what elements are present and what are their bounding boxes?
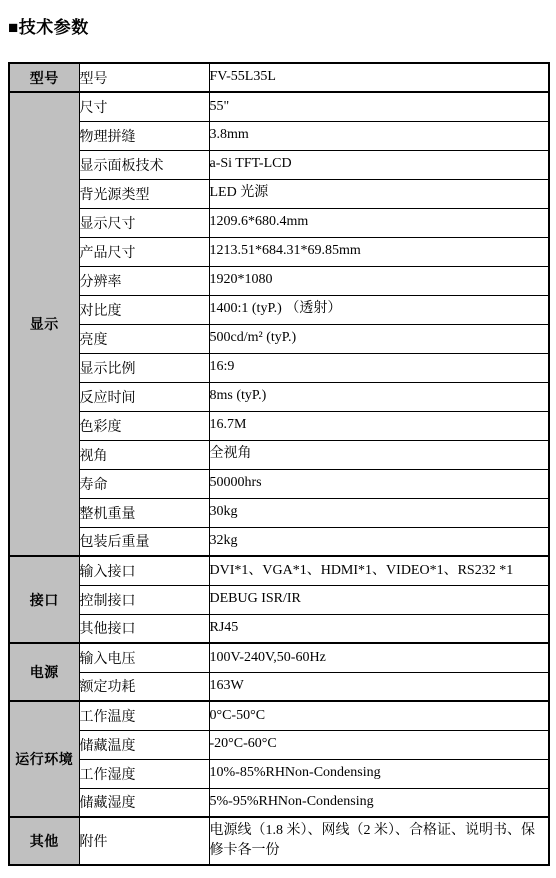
param-label: 显示尺寸 [79,208,209,237]
param-label: 输入接口 [79,556,209,585]
table-row: 分辨率1920*1080 [9,266,549,295]
param-value: RJ45 [209,614,549,643]
table-row: 运行环境工作温度0°C-50°C [9,701,549,730]
param-label: 分辨率 [79,266,209,295]
param-label: 工作湿度 [79,759,209,788]
table-row: 视角全视角 [9,440,549,469]
param-value: LED 光源 [209,179,549,208]
param-value: 1213.51*684.31*69.85mm [209,237,549,266]
table-row: 显示比例16:9 [9,353,549,382]
table-row: 寿命50000hrs [9,469,549,498]
param-value: 100V-240V,50-60Hz [209,643,549,672]
param-value: DVI*1、VGA*1、HDMI*1、VIDEO*1、RS232 *1 [209,556,549,585]
table-row: 其他接口RJ45 [9,614,549,643]
group-cell: 型号 [9,63,79,92]
param-value: 1209.6*680.4mm [209,208,549,237]
param-value: 1400:1 (tyP.) （透射） [209,295,549,324]
group-cell: 运行环境 [9,701,79,817]
param-label: 产品尺寸 [79,237,209,266]
group-cell: 接口 [9,556,79,643]
table-row: 整机重量30kg [9,498,549,527]
param-label: 视角 [79,440,209,469]
param-label: 控制接口 [79,585,209,614]
table-row: 显示尺寸55" [9,92,549,121]
table-row: 显示尺寸1209.6*680.4mm [9,208,549,237]
table-row: 亮度500cd/m² (tyP.) [9,324,549,353]
group-cell: 显示 [9,92,79,556]
param-value: 电源线（1.8 米）、网线（2 米）、合格证、说明书、保修卡各一份 [209,817,549,865]
param-label: 物理拼缝 [79,121,209,150]
table-row: 额定功耗163W [9,672,549,701]
param-value: 55" [209,92,549,121]
param-label: 储藏湿度 [79,788,209,817]
param-label: 背光源类型 [79,179,209,208]
page-title: ■技术参数 [8,13,89,38]
spec-table: 型号型号FV-55L35L显示尺寸55"物理拼缝3.8mm显示面板技术a-Si … [8,62,550,866]
table-row: 色彩度16.7M [9,411,549,440]
param-value: 500cd/m² (tyP.) [209,324,549,353]
table-row: 背光源类型LED 光源 [9,179,549,208]
table-row: 其他附件电源线（1.8 米）、网线（2 米）、合格证、说明书、保修卡各一份 [9,817,549,865]
param-value: 163W [209,672,549,701]
group-cell: 其他 [9,817,79,865]
param-value: 全视角 [209,440,549,469]
page: { "page": { "title": "■技术参数" }, "colors"… [0,0,556,878]
param-label: 亮度 [79,324,209,353]
table-row: 接口输入接口DVI*1、VGA*1、HDMI*1、VIDEO*1、RS232 *… [9,556,549,585]
table-row: 对比度1400:1 (tyP.) （透射） [9,295,549,324]
param-label: 显示比例 [79,353,209,382]
param-label: 寿命 [79,469,209,498]
param-label: 工作温度 [79,701,209,730]
param-label: 对比度 [79,295,209,324]
param-value: FV-55L35L [209,63,549,92]
param-value: -20°C-60°C [209,730,549,759]
param-label: 附件 [79,817,209,865]
param-value: 30kg [209,498,549,527]
param-value: a-Si TFT-LCD [209,150,549,179]
table-row: 型号型号FV-55L35L [9,63,549,92]
spec-table-body: 型号型号FV-55L35L显示尺寸55"物理拼缝3.8mm显示面板技术a-Si … [9,63,549,865]
param-value: 3.8mm [209,121,549,150]
table-row: 包装后重量32kg [9,527,549,556]
table-row: 产品尺寸1213.51*684.31*69.85mm [9,237,549,266]
table-row: 控制接口DEBUG ISR/IR [9,585,549,614]
table-row: 电源输入电压100V-240V,50-60Hz [9,643,549,672]
param-value: 8ms (tyP.) [209,382,549,411]
param-value: DEBUG ISR/IR [209,585,549,614]
param-label: 整机重量 [79,498,209,527]
group-cell: 电源 [9,643,79,701]
table-row: 反应时间8ms (tyP.) [9,382,549,411]
param-label: 额定功耗 [79,672,209,701]
table-row: 储藏温度-20°C-60°C [9,730,549,759]
param-value: 16:9 [209,353,549,382]
param-value: 10%-85%RHNon-Condensing [209,759,549,788]
param-value: 0°C-50°C [209,701,549,730]
param-label: 色彩度 [79,411,209,440]
param-label: 尺寸 [79,92,209,121]
table-row: 储藏湿度5%-95%RHNon-Condensing [9,788,549,817]
table-row: 显示面板技术a-Si TFT-LCD [9,150,549,179]
param-label: 储藏温度 [79,730,209,759]
param-value: 32kg [209,527,549,556]
table-row: 工作湿度10%-85%RHNon-Condensing [9,759,549,788]
param-label: 输入电压 [79,643,209,672]
param-label: 包装后重量 [79,527,209,556]
param-label: 型号 [79,63,209,92]
param-value: 5%-95%RHNon-Condensing [209,788,549,817]
param-value: 1920*1080 [209,266,549,295]
param-value: 50000hrs [209,469,549,498]
param-label: 显示面板技术 [79,150,209,179]
param-label: 反应时间 [79,382,209,411]
param-value: 16.7M [209,411,549,440]
table-row: 物理拼缝3.8mm [9,121,549,150]
param-label: 其他接口 [79,614,209,643]
